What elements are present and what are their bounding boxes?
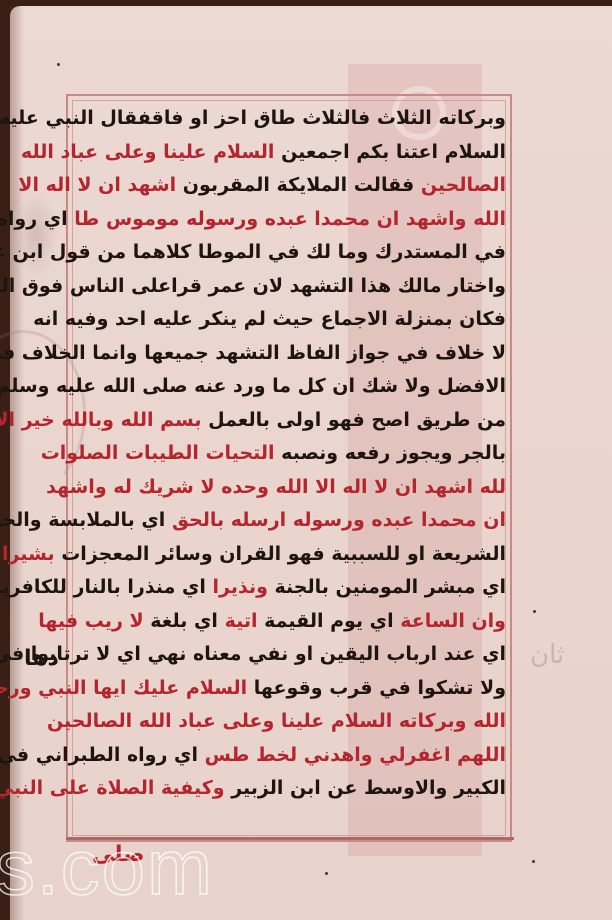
body-text: اي بلغة xyxy=(144,610,225,632)
rubricated-text: بشيرا xyxy=(2,543,55,565)
rubricated-text: الله وبركاته السلام علينا وعلى عباد الله… xyxy=(47,710,506,732)
rubricated-text: ونذيرا xyxy=(213,576,268,598)
manuscript-line: اي عند ارباب اليقين او نفي معناه نهي اي … xyxy=(74,638,510,672)
body-text: اي رواه الحاكم xyxy=(0,208,74,230)
manuscript-line: لا خلاف في جواز الفاظ التشهد جميعها وانم… xyxy=(74,337,510,371)
manuscript-line: لله اشهد ان لا اله الا الله وحده لا شريك… xyxy=(74,471,510,505)
body-text: في المستدرك وما لك في الموطا كلاهما من ق… xyxy=(0,241,506,263)
ink-speck xyxy=(532,860,535,863)
manuscript-line: اي مبشر المومنين بالجنة ونذيرا اي منذرا … xyxy=(74,571,510,605)
rubricated-text: الله واشهد ان محمدا عبده ورسوله موموس طا xyxy=(74,208,506,230)
manuscript-line: الله واشهد ان محمدا عبده ورسوله موموس طا… xyxy=(74,203,510,237)
body-text: الافضل ولا شك ان كل ما ورد عنه صلى الله … xyxy=(0,375,506,397)
manuscript-line: الافضل ولا شك ان كل ما ورد عنه صلى الله … xyxy=(74,370,510,404)
body-text: من طريق اصح فهو اولى بالعمل xyxy=(202,409,507,431)
body-text: واختار مالك هذا التشهد لان عمر قراعلى ال… xyxy=(0,275,506,297)
rubricated-text: بسم الله وبالله خير الاسماء xyxy=(0,409,202,431)
rubricated-text: اشهد ان لا اله الا xyxy=(18,174,176,196)
rubricated-text: لا ريب فيها xyxy=(38,610,143,632)
manuscript-line: ان محمدا عبده ورسوله ارسله بالحق اي بالم… xyxy=(74,504,510,538)
body-text: لا خلاف في جواز الفاظ التشهد جميعها وانم… xyxy=(0,342,506,364)
manuscript-line: ولا تشكوا في قرب وقوعها السلام عليك ايها… xyxy=(74,672,510,706)
body-text: اي رواه الطبراني في xyxy=(0,744,205,766)
rubricated-text: السلام علينا وعلى عباد الله xyxy=(21,141,275,163)
ink-speck xyxy=(533,610,536,613)
body-text: اي مبشر المومنين بالجنة xyxy=(268,576,506,598)
manuscript-line: في المستدرك وما لك في الموطا كلاهما من ق… xyxy=(74,236,510,270)
ink-speck xyxy=(57,63,60,66)
manuscript-line: الله وبركاته السلام علينا وعلى عباد الله… xyxy=(74,705,510,739)
rubricated-text: وكيفية الصلاة على النبي xyxy=(0,777,225,799)
rubricated-text: لله اشهد ان لا اله الا الله وحده لا شريك… xyxy=(46,476,506,498)
rubricated-text: الصالحين xyxy=(421,174,506,196)
manuscript-line: وبركاته الثلاث فالثلاث طاق احز او فاقفقا… xyxy=(74,102,510,136)
manuscript-line: الشريعة او للسببية فهو القران وسائر المع… xyxy=(74,538,510,572)
body-text: اي بالملابسة والحق xyxy=(0,509,172,531)
margin-note-faded: ثان xyxy=(530,640,564,670)
manuscript-line: فكان بمنزلة الاجماع حيث لم ينكر عليه احد… xyxy=(74,303,510,337)
ink-speck xyxy=(325,872,328,875)
manuscript-line: من طريق اصح فهو اولى بالعمل بسم الله وبا… xyxy=(74,404,510,438)
rubricated-text: اتية xyxy=(225,610,258,632)
rubricated-text: اللهم اغفرلي واهدني لخط طس xyxy=(205,744,506,766)
body-text: اي يوم القيمة xyxy=(258,610,401,632)
rubricated-text: ان محمدا عبده ورسوله ارسله بالحق xyxy=(172,509,506,531)
body-text: السلام اعتنا بكم اجمعين xyxy=(274,141,506,163)
body-text: فكان بمنزلة الاجماع حيث لم ينكر عليه احد… xyxy=(33,308,506,330)
manuscript-line: واختار مالك هذا التشهد لان عمر قراعلى ال… xyxy=(74,270,510,304)
manuscript-line: بالجر ويجوز رفعه ونصبه التحيات الطيبات ا… xyxy=(74,437,510,471)
manuscript-line: الكبير والاوسط عن ابن الزبير وكيفية الصل… xyxy=(74,772,510,806)
rubricated-text: التحيات الطيبات الصلوات xyxy=(41,442,275,464)
body-text: الكبير والاوسط عن ابن الزبير xyxy=(225,777,506,799)
body-text: ولا تشكوا في قرب وقوعها xyxy=(247,677,506,699)
manuscript-line: السلام اعتنا بكم اجمعين السلام علينا وعل… xyxy=(74,136,510,170)
body-text: وبركاته الثلاث فالثلاث طاق احز او فاقفقا… xyxy=(0,107,506,129)
body-text: اي عند ارباب اليقين او نفي معناه نهي اي … xyxy=(0,643,506,665)
manuscript-line: وان الساعة اي يوم القيمة اتية اي بلغة لا… xyxy=(74,605,510,639)
body-text: بالجر ويجوز رفعه ونصبه xyxy=(275,442,506,464)
rubricated-text: السلام عليك ايها النبي ورحمة xyxy=(0,677,247,699)
manuscript-line: اللهم اغفرلي واهدني لخط طس اي رواه الطبر… xyxy=(74,739,510,773)
body-text: اي منذرا بالنار للكافرين xyxy=(0,576,213,598)
rubricated-text: وان الساعة xyxy=(400,610,506,632)
manuscript-text-block: وبركاته الثلاث فالثلاث طاق احز او فاقفقا… xyxy=(74,102,510,832)
margin-note-left: دها xyxy=(24,646,59,671)
manuscript-line: الصالحين فقالت الملايكة المقربون اشهد ان… xyxy=(74,169,510,203)
body-text: فقالت الملايكة المقربون xyxy=(176,174,421,196)
watermark-text: s.com xyxy=(0,822,214,913)
body-text: الشريعة او للسببية فهو القران وسائر المع… xyxy=(55,543,506,565)
